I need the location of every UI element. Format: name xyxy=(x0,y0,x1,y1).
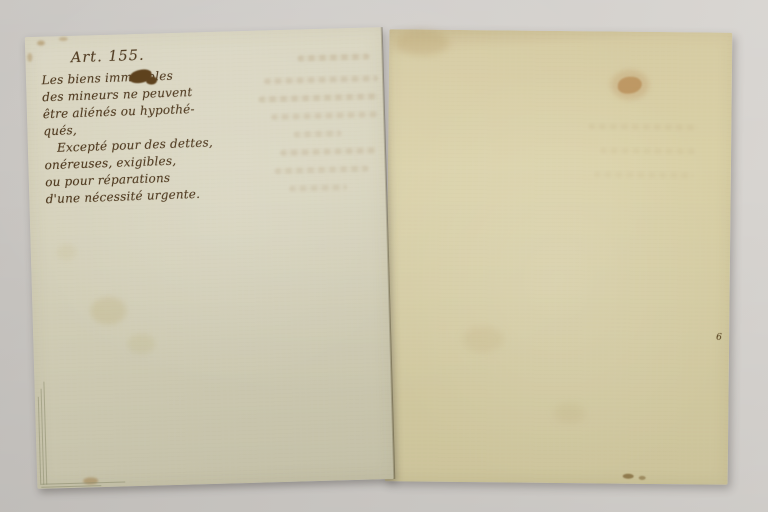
stain xyxy=(90,296,127,325)
stain xyxy=(59,37,68,41)
manuscript-text: Art. 155. Les biens immeubles des mineur… xyxy=(41,45,231,208)
ink-showthrough-line xyxy=(259,93,379,102)
right-page: 6 xyxy=(385,29,733,485)
ink-showthrough-line xyxy=(271,111,379,120)
stain xyxy=(57,244,77,261)
stain xyxy=(395,29,449,56)
deckle-edge xyxy=(43,382,47,485)
ink-showthrough-line xyxy=(297,53,369,61)
ink-showthrough-line xyxy=(588,123,698,130)
left-page: Art. 155. Les biens immeubles des mineur… xyxy=(25,27,394,489)
paper-texture xyxy=(385,29,733,485)
stain xyxy=(27,53,32,62)
ink-showthrough-line xyxy=(280,147,376,156)
photo-backdrop: Art. 155. Les biens immeubles des mineur… xyxy=(0,0,768,512)
ink-showthrough-line xyxy=(289,184,347,192)
ink-showthrough-line xyxy=(294,130,342,137)
ink-showthrough-line xyxy=(264,75,378,84)
ink-showthrough-line xyxy=(600,147,696,154)
deckle-edge xyxy=(41,481,125,484)
stain xyxy=(553,403,585,423)
margin-numeral: 6 xyxy=(716,333,722,343)
deckle-edge xyxy=(41,485,101,488)
article-heading: Art. 155. xyxy=(71,45,226,67)
ink-showthrough-line xyxy=(275,166,369,175)
ink-showthrough xyxy=(25,27,382,37)
stain xyxy=(127,334,156,355)
stain xyxy=(37,41,45,46)
ink-showthrough-line xyxy=(594,171,694,178)
stain xyxy=(462,326,504,352)
stain xyxy=(639,476,646,480)
stain xyxy=(611,70,649,100)
stain xyxy=(618,77,642,94)
stain xyxy=(623,474,634,479)
